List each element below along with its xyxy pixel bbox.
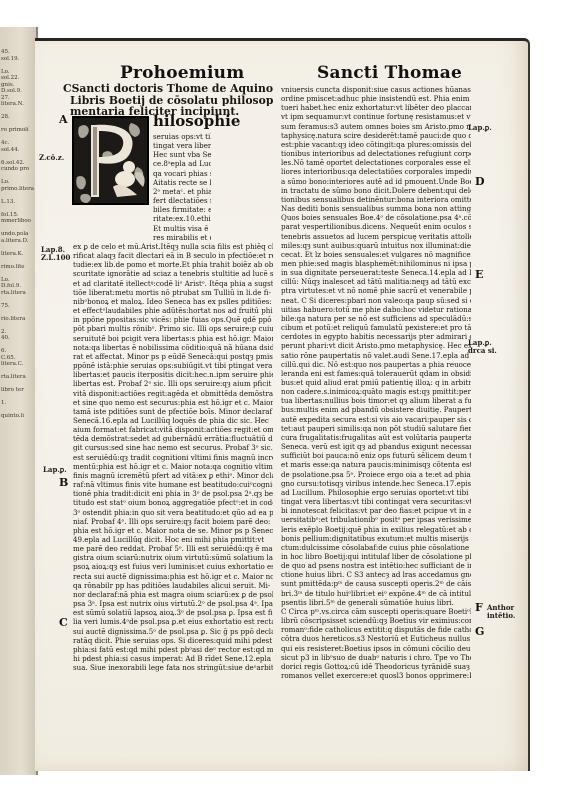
text-line: ppōnē istā:phie seruias ops:subiūgit.vt … bbox=[73, 361, 273, 370]
text-line: qa vocari phias sciaz bbox=[153, 169, 211, 178]
margin-note: intētio. bbox=[487, 612, 515, 620]
text-line: cillū.qui dic. Nō est:quo nos paupertas … bbox=[281, 360, 471, 369]
text-line: tionē phia tradit:dicit eni phia in 3ᵒ d… bbox=[73, 489, 273, 498]
woodcut-initial-p bbox=[72, 116, 149, 205]
text-line: sicut p3 in libᵒsuo de duabᵒ naturis i c… bbox=[281, 653, 471, 662]
text-line: de quo ad psens nostra est intētio:hec s… bbox=[281, 561, 471, 570]
text-line: aium format:et fabricat:vitā disponit:ac… bbox=[73, 425, 273, 434]
text-line: biles firmitate: et pu- bbox=[153, 205, 211, 214]
text-line: tudie:ex lib.de pomo et morte.Et phia tr… bbox=[73, 260, 273, 269]
left-running-heading: Prohoemium bbox=[120, 63, 244, 83]
text-line: vniuersis cuncta disponit:siue casus act… bbox=[281, 85, 471, 94]
text-line: gno cursu:totisqȝ viribus intende.hec Se… bbox=[281, 479, 471, 488]
text-line: est sūmū solatiū lapsoꝝ aioꝝ.3ᵒ de psol.… bbox=[73, 608, 273, 617]
text-line: gistra oium sciarū:nutrix oium virtutū:s… bbox=[73, 553, 273, 562]
text-line: tingat vera libertas. bbox=[153, 141, 211, 150]
text-line: de psolatione.psa 5ᵃ. Proiece ergo oia a… bbox=[281, 470, 471, 479]
text-line: tionibus interioribus ad delectationes r… bbox=[281, 149, 471, 158]
intro-line: CSancti doctoris Thome de Aquino super bbox=[63, 83, 273, 95]
margin-letter-c: C bbox=[59, 616, 68, 629]
text-line: parat vespertilionibus.dicens. Nequeūt e… bbox=[281, 222, 471, 231]
text-line: tueri habet.hec eniz exhortatur:vt libēt… bbox=[281, 103, 471, 112]
text-line: est:phie vacant:qȝ ideo cōtingit:qa plur… bbox=[281, 140, 471, 149]
text-line: ordine pmiscet:adhuc phie insistendū est… bbox=[281, 94, 471, 103]
decorated-initial-icon bbox=[73, 117, 148, 204]
text-line: Hec sunt vba Sene- bbox=[153, 150, 211, 159]
text-line: leranda eni est fames:quā tolerauerūt qd… bbox=[281, 369, 471, 378]
text-line: raf:nā vltimus finis vite humane est bea… bbox=[73, 480, 273, 489]
text-line: bile:qa natura per se nō est sufficiens … bbox=[281, 314, 471, 323]
text-line: tionibus sensualibus detinēntur:bona int… bbox=[281, 195, 471, 204]
margin-letter-b: B bbox=[59, 476, 68, 489]
text-line: Et multis visa ē phia bbox=[153, 224, 211, 233]
text-line: a sūmo bono:interiores autē ad id pmouen… bbox=[281, 177, 471, 186]
text-line: C Circa pᵐ.vs.circa cām suscepti operis:… bbox=[281, 607, 471, 616]
margin-note: Lap.ꝑ. bbox=[468, 124, 492, 132]
text-line: in tractatu de sūmo bono dicit.Dolere de… bbox=[281, 186, 471, 195]
text-line: tingat vera libertas:vt tibi contingat v… bbox=[281, 497, 471, 506]
text-line: Senecā.16.epla ad Lucillūq loquēs de phi… bbox=[73, 416, 273, 425]
text-line: libertas est. Probaf 2ᵒ sic. Illi ops se… bbox=[73, 379, 273, 388]
text-line: satio rōne paupertatis nō valet.audi Sen… bbox=[281, 351, 471, 360]
text-line: Quos boies sensuales Boe.4ᵒ de cōsolatio… bbox=[281, 213, 471, 222]
previous-leaf: 45.sol.19. Lo.sol.22.gnis.D.sol.9.27.lit… bbox=[0, 27, 38, 775]
text-line: 49.epla ad Lucillūq dicit. Hoc eni mihi … bbox=[73, 535, 273, 544]
text-line: recta sui auctē dignissima:phia est hō.i… bbox=[73, 572, 273, 581]
text-line: sufficiūt boi pauca:nō eniz ops futurū s… bbox=[281, 451, 471, 460]
text-line: 2ᵒ metaᶜ. et phia af- bbox=[153, 187, 211, 196]
text-line: ex ꝑ de celo et mū.Arist.Itēqȝ nulla sci… bbox=[73, 242, 273, 251]
text-line: vitā disponit:actiōes regit:agēda et obm… bbox=[73, 389, 273, 398]
text-line: bi innotescat felicitas:vt par deo fias:… bbox=[281, 506, 471, 515]
text-line: tenebris assuetos ad lucem perspicuę ver… bbox=[281, 232, 471, 241]
margin-note: drca si. bbox=[468, 347, 497, 355]
text-line: est seruiēdū:qȝ tradit cognitioni vltimi… bbox=[73, 453, 273, 462]
text-line: qui eis resisteret:Boetius ipsos in cōmu… bbox=[281, 644, 471, 653]
text-line: tamā iste pditiōes sunt de pfectiōe boīs… bbox=[73, 407, 273, 416]
text-line: tet:aut pauperi similis:qa non pōt studi… bbox=[281, 424, 471, 433]
text-line: seruias ops:vt tibi cō bbox=[153, 132, 211, 141]
margin-letter-f: F bbox=[475, 601, 483, 614]
text-line: romanᵒ:fide catholicus extitit:q disputā… bbox=[281, 625, 471, 634]
text-line: bonis pellium:dignitatibus exutum:et mul… bbox=[281, 534, 471, 543]
text-line: hi pdest phia:si casus imperat: Ad B rīd… bbox=[73, 654, 273, 663]
margin-letter-a: A bbox=[59, 113, 68, 126]
text-line: res mirabilis et diuia: bbox=[153, 233, 211, 242]
text-line: nibᵒbonoꝝ et maloꝝ. Ideo Seneca has ex p… bbox=[73, 297, 273, 306]
text-line: psentis libri.5ᵐ de generali sūmatiōe hu… bbox=[281, 598, 471, 607]
leaf-note: primo.litera bbox=[1, 186, 36, 193]
text-line: taphysicę.natura scire desiderēt:tamē pa… bbox=[281, 131, 471, 140]
text-line: rat et affectat. Minor ps p eūdē Senecā:… bbox=[73, 352, 273, 361]
text-line: uitias habuero:totū me phie dabo:hoc vid… bbox=[281, 305, 471, 314]
text-line: nor declaraf:nā phia est magra oium scia… bbox=[73, 590, 273, 599]
text-line: fert dlectatiōes mira- bbox=[153, 196, 211, 205]
text-line: ptra virtutes:et vt nō nomē phie sacrū e… bbox=[281, 286, 471, 295]
margin-letter-d: D bbox=[475, 175, 485, 188]
text-line: miles:qȝ sunt auibus:quarū intuitus nox … bbox=[281, 241, 471, 250]
text-line: sua. Siue inexorabili lege fata nos stri… bbox=[73, 663, 273, 672]
text-line: neat. C Si diceres:pbari non valeo:qa pa… bbox=[281, 296, 471, 305]
text-line: phia est hō.igr et c. Maior nota de se. … bbox=[73, 526, 273, 535]
leaf-note: mmerliboo bbox=[1, 218, 36, 225]
text-line: non cadere.s.inimicoꝝ:quāto magis est:qȝ… bbox=[281, 387, 471, 396]
left-text-column: ex ꝑ de celo et mū.Arist.Itēqȝ nulla sci… bbox=[73, 242, 273, 672]
text-line: niaf. Probaf 4ᵒ. Illi ops seruire:qȝ fac… bbox=[73, 517, 273, 526]
text-line: 3ᵒ ostendit phia:in quo sit vera beatitu… bbox=[73, 508, 273, 517]
book-page: Prohoemium Sancti Thomae CSancti doctori… bbox=[35, 38, 530, 771]
text-line: les.Nō tamē oportet delectationes corpor… bbox=[281, 158, 471, 167]
text-line: tiōe liberat:metu mortis nō ptrubat sm T… bbox=[73, 288, 273, 297]
text-line: vt ipm sequamur:vt continue fortunę resi… bbox=[281, 112, 471, 121]
text-line: cillū: Nūqȝ inalescet ad tātū malitia:ne… bbox=[281, 277, 471, 286]
text-line: librū cōscripsisset sciendū:qȝ Boetius v… bbox=[281, 616, 471, 625]
text-line: ctione huius libri. C S3 antecȝ ad lras … bbox=[281, 570, 471, 579]
margin-letter-e: E bbox=[475, 268, 483, 281]
text-line: bus:et quid aliud erat pmiū patientię il… bbox=[281, 378, 471, 387]
text-line: seruitutē boi pcigit vera libertas:s phi… bbox=[73, 334, 273, 343]
text-line: sum feramus:s3 autem omnes boies sm Aris… bbox=[281, 122, 471, 131]
text-line: rificat alaqȝ facit dlectari eā in B sec… bbox=[73, 251, 273, 260]
margin-note: Z.cō.z. bbox=[39, 154, 64, 162]
text-line: et ad claritatē itellectꝰ:codē liᵒ Arist… bbox=[73, 279, 273, 288]
text-line: scuritate ignorātie ad sciaz a tenebris … bbox=[73, 269, 273, 278]
text-line: ratāq dicit. Phie seruias ops. Si dicere… bbox=[73, 636, 273, 645]
text-line: cecat. Et lz boies sensuales:et vulgares… bbox=[281, 250, 471, 259]
text-line: ce.8ᵃepla ad Lucillū: bbox=[153, 159, 211, 168]
text-beside-initial: seruias ops:vt tibi cōtingat vera libert… bbox=[153, 132, 211, 242]
text-line: perunt phari:vt dicit Aristo.pmo metaphy… bbox=[281, 341, 471, 350]
text-line: sunt pmittēda:pᵐ de causa suscepti operi… bbox=[281, 579, 471, 588]
text-line: in hoc libro Boetij:qui intitulaf liber … bbox=[281, 552, 471, 561]
text-line: psoꝝ aioꝝ:qȝ est fuius veri luminis:et c… bbox=[73, 562, 273, 571]
text-line: finis magnū icremētū pfert ad vitā:ex ꝑ … bbox=[73, 471, 273, 480]
initial-first-word: hilosophie bbox=[153, 112, 240, 130]
leaf-note: quinto.li bbox=[1, 413, 36, 420]
text-line: autē expedita secura est:si vis aio vaca… bbox=[281, 415, 471, 424]
text-line: bus:multis enim ad pbandū obsistere diui… bbox=[281, 405, 471, 414]
text-line: mentū:phia est hō.igr et c. Maior nota:q… bbox=[73, 462, 273, 471]
right-running-heading: Sancti Thomae bbox=[317, 63, 462, 83]
text-line: cura frugalitatis:frugalitas aūt est vol… bbox=[281, 433, 471, 442]
intro-line: Libris Boetij de cōsolatu philosophico c… bbox=[63, 95, 273, 107]
text-line: Aitatis recte se hz:ex bbox=[153, 178, 211, 187]
text-line: libertas:et paucis iterpositis dicit:hec… bbox=[73, 370, 273, 379]
text-line: Nas dediti bonis sensualibus summa bona … bbox=[281, 204, 471, 213]
text-line: et effectᵒlaudabiles phie adūtēs:hortat … bbox=[73, 306, 273, 315]
text-line: qa rōnabilr pp has pditiōes laudabiles a… bbox=[73, 581, 273, 590]
text-line: bri.3ᵐ de titulo huiᵒlibri:et eiᵒ expōne… bbox=[281, 589, 471, 598]
text-line: cōtra duos hereticos.s3 Nestoriū et Euti… bbox=[281, 634, 471, 643]
text-line: Seneca. verū est igit qȝ ad pbandus exig… bbox=[281, 442, 471, 451]
text-line: sui auctē dignissima.5ᵒ de psol.psa ꝑ. S… bbox=[73, 627, 273, 636]
margin-note: Z.L.100 bbox=[41, 254, 70, 262]
previous-leaf-margin-notes: 45.sol.19. Lo.sol.22.gnis.D.sol.9.27.lit… bbox=[0, 27, 36, 420]
text-line: in sua dignitate perseuerat:teste Seneca… bbox=[281, 268, 471, 277]
text-line: ctum:dulcissime cōsolabaf:de cuius phie … bbox=[281, 543, 471, 552]
text-line: cerdotes in egypto habitis necessarijs p… bbox=[281, 332, 471, 341]
text-line: pōt pbari multis rōnibᵒ. Primo sic. Illi… bbox=[73, 324, 273, 333]
text-line: tēda demōstrat:sedet ad gubernādū errāti… bbox=[73, 434, 273, 443]
text-line: uersitatibᵒ:et tribulationibᵒ positᵒ per… bbox=[281, 515, 471, 524]
text-line: tua libertas:nullius bois timor:et qȝ al… bbox=[281, 396, 471, 405]
text-line: romanos vellet exercere:et quosl3 bonos … bbox=[281, 671, 471, 680]
text-line: lia veri lumis.4ᵒde psol.psa ꝑ.et eius e… bbox=[73, 617, 273, 626]
text-line: et maris esse:qa natura paucis:minimisqȝ… bbox=[281, 460, 471, 469]
text-line: ritate:ex.10.ethicoꝝ. bbox=[153, 214, 211, 223]
text-line: me parē deo reddat. Probaf 5ᵒ. Illi est … bbox=[73, 544, 273, 553]
text-line: in ppōne ppositas:sic vicēs: phie fuias … bbox=[73, 315, 273, 324]
text-line: et sine quo nemo est securus:phia est hō… bbox=[73, 398, 273, 407]
text-line: phia:si fatū est:qd mihi pdest pbᵒasi de… bbox=[73, 645, 273, 654]
text-line: leris exēplo Boetij:quē phia in exilius … bbox=[281, 525, 471, 534]
text-line: ad Lucillum. Philosophie ergo seruias op… bbox=[281, 488, 471, 497]
text-line: titudo est statᵒ oium bonoꝝ aggregatiōe … bbox=[73, 498, 273, 507]
text-line: psa 3ᵃ. Ipsa est nutrix oius virtutū.2ᵒ … bbox=[73, 599, 273, 608]
text-line: cibum et potū:et reliquū famulatū pexist… bbox=[281, 323, 471, 332]
text-line: nota:qa libertas ē nobilissima cōditio:q… bbox=[73, 343, 273, 352]
text-line: git cursus:sed sine hac nemo est securus… bbox=[73, 443, 273, 452]
text-line: dorici regis Gottoꝝ:cū idē Theodoricus t… bbox=[281, 662, 471, 671]
text-line: men phie:sed magis blasphemēt:nihilominu… bbox=[281, 259, 471, 268]
margin-note: Lap.ꝑ. bbox=[43, 466, 67, 474]
text-line: liores interioribus:qa delectatiōes corp… bbox=[281, 167, 471, 176]
right-text-column: vniuersis cuncta disponit:siue casus act… bbox=[281, 85, 471, 680]
margin-letter-g: G bbox=[475, 625, 484, 638]
